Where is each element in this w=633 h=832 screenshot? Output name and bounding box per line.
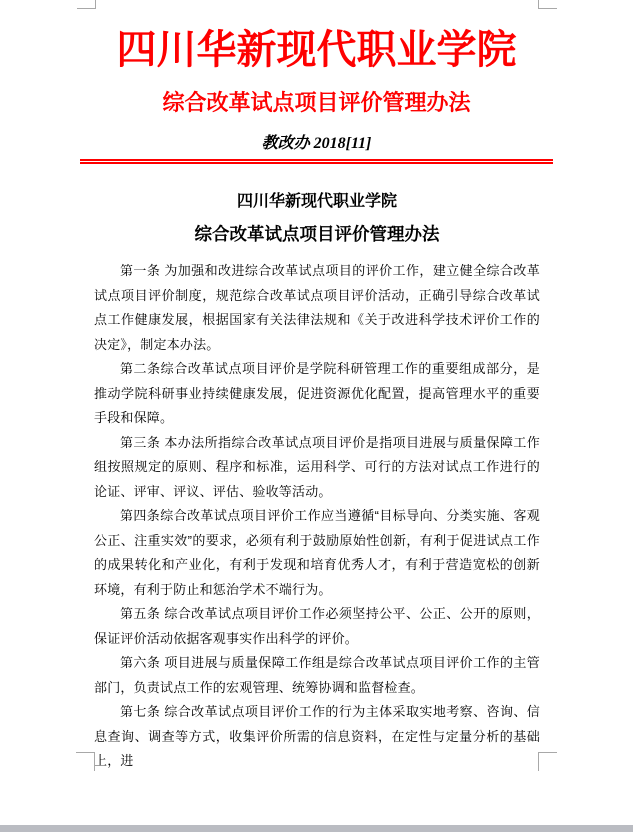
crop-mark-top-right-icon [538,0,557,9]
organization-name: 四川华新现代职业学院 [0,27,633,73]
article-paragraph-4: 第四条综合改革试点项目评价工作应当遵循“目标导向、分类实施、客观公正、注重实效”… [94,504,540,602]
crop-mark-bottom-left-icon [76,752,95,771]
letterhead: 四川华新现代职业学院 综合改革试点项目评价管理办法 教改办 2018[11] [0,0,633,154]
red-rule-top-line [80,159,553,161]
article-paragraph-5: 第五条 综合改革试点项目评价工作必须坚持公平、公正、公开的原则，保证评价活动依据… [94,602,540,651]
document-page: 四川华新现代职业学院 综合改革试点项目评价管理办法 教改办 2018[11] 四… [0,0,633,832]
articles: 第一条 为加强和改进综合改革试点项目的评价工作，建立健全综合改革试点项目评价制度… [94,259,540,774]
article-paragraph-7: 第七条 综合改革试点项目评价工作的行为主体采取实地考察、咨询、信息查询、调查等方… [94,700,540,774]
crop-mark-top-left-icon [77,0,96,9]
crop-mark-bottom-right-icon [538,752,557,771]
letterhead-document-title: 综合改革试点项目评价管理办法 [0,89,633,117]
article-paragraph-3: 第三条 本办法所指综合改革试点项目评价是指项目进展与质量保障工作组按照规定的原则… [94,431,540,505]
document-number: 教改办 2018[11] [0,134,633,154]
bottom-edge-bar [0,825,633,832]
article-paragraph-1: 第一条 为加强和改进综合改革试点项目的评价工作，建立健全综合改革试点项目评价制度… [94,259,540,357]
body-heading-org: 四川华新现代职业学院 [94,192,540,212]
article-paragraph-2: 第二条综合改革试点项目评价是学院科研管理工作的重要组成部分，是推动学院科研事业持… [94,357,540,431]
body-heading-title: 综合改革试点项目评价管理办法 [94,223,540,245]
article-paragraph-6: 第六条 项目进展与质量保障工作组是综合改革试点项目评价工作的主管部门，负责试点工… [94,651,540,700]
red-double-rule [80,159,553,164]
document-body: 四川华新现代职业学院 综合改革试点项目评价管理办法 第一条 为加强和改进综合改革… [94,192,540,774]
red-rule-bottom-line [80,162,553,164]
